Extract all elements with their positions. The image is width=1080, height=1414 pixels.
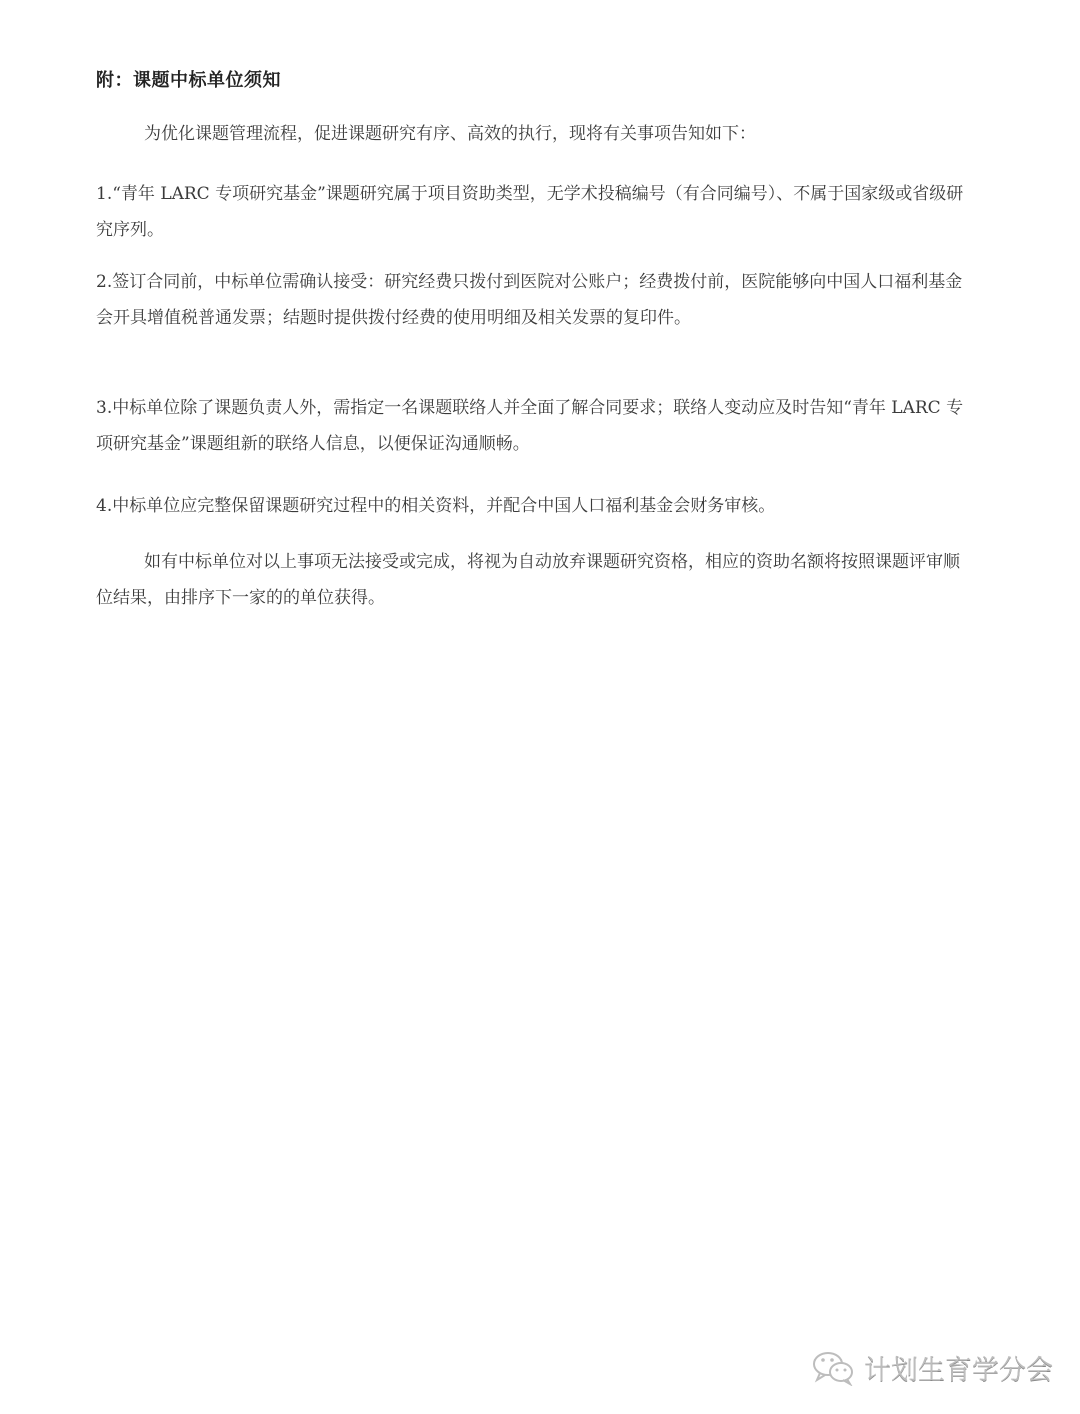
wechat-icon bbox=[812, 1350, 856, 1386]
intro-paragraph: 为优化课题管理流程，促进课题研究有序、高效的执行，现将有关事项告知如下： bbox=[96, 116, 976, 152]
item-2-paragraph: 2.签订合同前，中标单位需确认接受：研究经费只拨付到医院对公账户；经费拨付前，医… bbox=[96, 264, 976, 336]
item-1-paragraph: 1.“青年 LARC 专项研究基金”课题研究属于项目资助类型，无学术投稿编号（有… bbox=[96, 176, 976, 248]
closing-paragraph: 如有中标单位对以上事项无法接受或完成，将视为自动放弃课题研究资格，相应的资助名额… bbox=[96, 544, 976, 616]
item-4-paragraph: 4.中标单位应完整保留课题研究过程中的相关资料，并配合中国人口福利基金会财务审核… bbox=[96, 488, 976, 524]
item-3-paragraph: 3.中标单位除了课题负责人外，需指定一名课题联络人并全面了解合同要求；联络人变动… bbox=[96, 390, 976, 462]
watermark: 计划生育学分会 bbox=[812, 1348, 1053, 1387]
watermark-text: 计划生育学分会 bbox=[864, 1348, 1053, 1387]
document-title: 附：课题中标单位须知 bbox=[96, 66, 281, 92]
document-page: 附：课题中标单位须知 为优化课题管理流程，促进课题研究有序、高效的执行，现将有关… bbox=[0, 0, 1080, 1414]
